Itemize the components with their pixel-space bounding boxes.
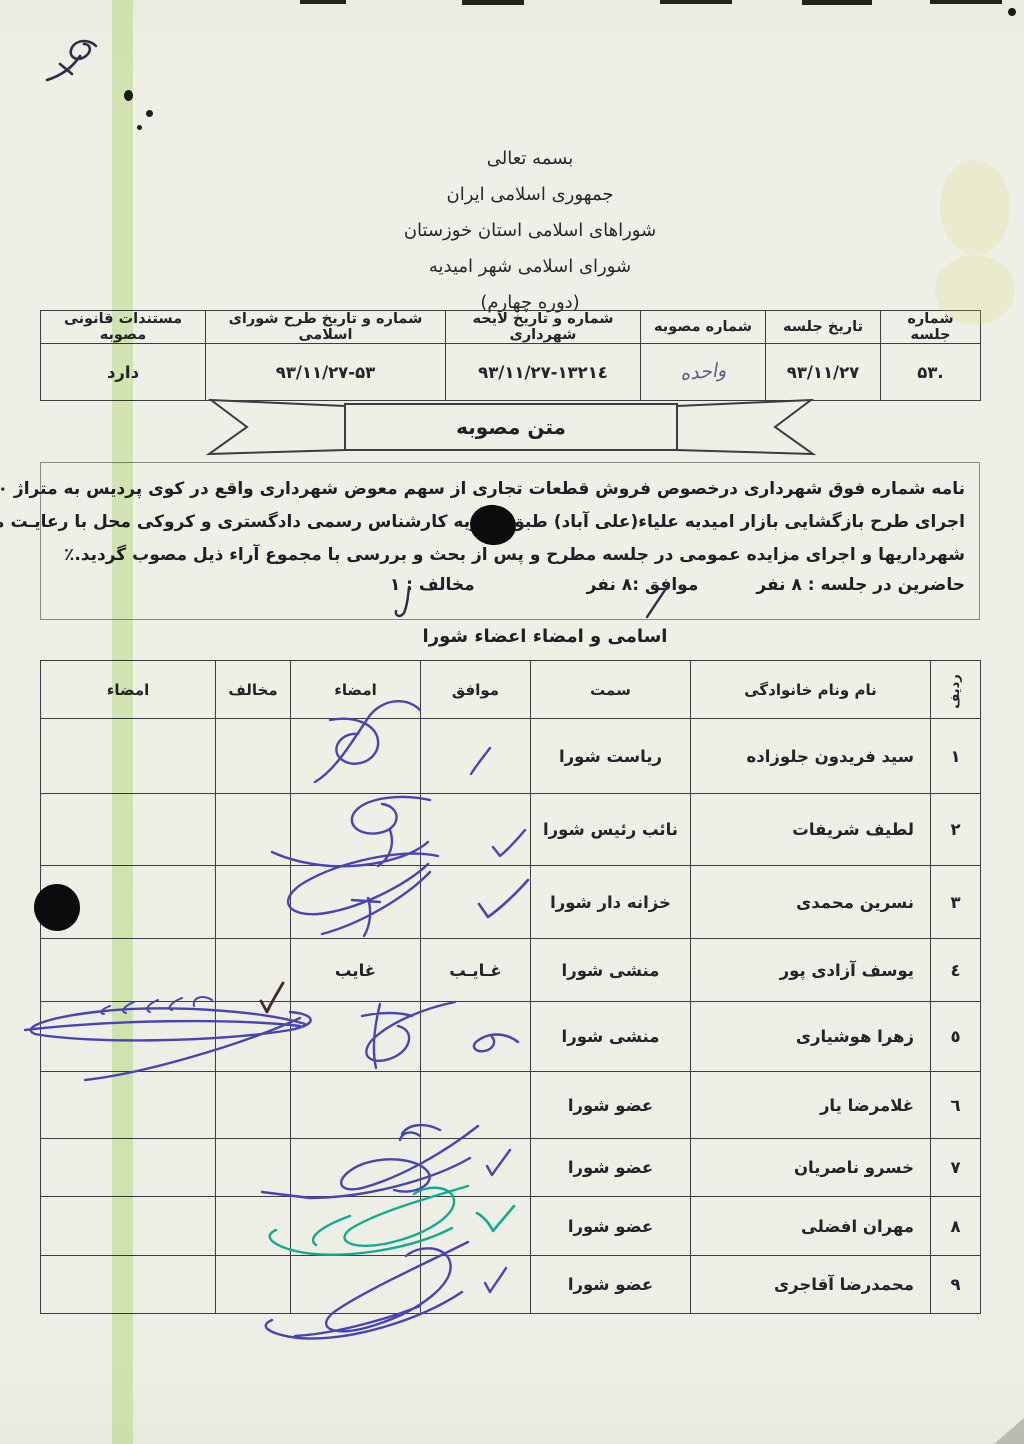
member-role: ریاست شورا (531, 719, 691, 794)
agree-count: موافق :۸ نفر (587, 575, 699, 595)
resolution-no-handwriting: واحده (679, 359, 727, 385)
invocation-line: بسمه تعالی (330, 148, 730, 169)
member-role: منشی شورا (531, 939, 691, 1002)
signature-cell (291, 719, 421, 794)
member-name: محمدرضا آقاجری (691, 1256, 931, 1314)
agree-cell (421, 1072, 531, 1139)
member-no: ۳ (931, 866, 981, 939)
col-row-no: ردیف (931, 661, 981, 719)
banner-title: متن مصوبه (345, 404, 677, 450)
opposed-cell (216, 794, 291, 866)
member-name: غلامرضا یار (691, 1072, 931, 1139)
signature-cell (291, 1072, 421, 1139)
member-row: ٧ خسرو ناصریان عضو شورا (41, 1139, 981, 1197)
scan-speck (1008, 8, 1016, 16)
member-role: عضو شورا (531, 1139, 691, 1197)
col-full-name: نام ونام خانوادگی (691, 661, 931, 719)
signature-cell (291, 1256, 421, 1314)
agree-cell (421, 866, 531, 939)
scan-edge-mark (462, 0, 524, 5)
member-no: ٦ (931, 1072, 981, 1139)
agree-cell-absent: غـایـب (421, 939, 531, 1002)
scan-speck (146, 110, 153, 117)
member-name: سید فریدون جلوزاده (691, 719, 931, 794)
opposed-cell (216, 939, 291, 1002)
member-no: ٧ (931, 1139, 981, 1197)
signature-cell (291, 794, 421, 866)
member-role: عضو شورا (531, 1197, 691, 1256)
scan-edge-mark (660, 0, 732, 4)
member-row: ٤ یوسف آزادی پور منشی شورا غـایـب غایب (41, 939, 981, 1002)
member-row: ٥ زهرا هوشیاری منشی شورا (41, 1002, 981, 1072)
session-no-text: ۵۳. (917, 363, 943, 382)
resolution-line-3: شهرداریها و اجرای مزایده عمومی در جلسه م… (55, 539, 965, 572)
member-name: یوسف آزادی پور (691, 939, 931, 1002)
member-name: لطیف شریفات (691, 794, 931, 866)
scan-corner-shadow (994, 1418, 1024, 1444)
col-council-plan: شماره و تاریخ طرح شورای اسلامی (206, 311, 446, 344)
member-row: ٦ غلامرضا یار عضو شورا (41, 1072, 981, 1139)
scan-edge-mark (300, 0, 346, 4)
col-signature: امضاء (291, 661, 421, 719)
scan-speck (124, 90, 133, 101)
scan-speck (137, 125, 142, 130)
city-council-line: شورای اسلامی شهر امیدیه (330, 256, 730, 277)
member-no: ۱ (931, 719, 981, 794)
resolution-info-table: شماره جلسه تاریخ جلسه شماره مصوبه شماره … (40, 310, 981, 401)
member-role: عضو شورا (531, 1072, 691, 1139)
row-no-label: ردیف (948, 674, 963, 709)
member-no: ٨ (931, 1197, 981, 1256)
members-section-title: اسامی و امضاء اعضاء شورا (345, 626, 745, 647)
members-header-row: ردیف نام ونام خانوادگی سمت موافق امضاء م… (41, 661, 981, 719)
province-council-line: شوراهای اسلامی استان خوزستان (330, 220, 730, 241)
member-name: مهران افضلی (691, 1197, 931, 1256)
oppose-count: مخالف : ۱ (390, 575, 475, 595)
scan-smudge (935, 255, 1015, 325)
opposed-cell (216, 1197, 291, 1256)
resolution-banner: متن مصوبه (205, 398, 817, 458)
member-role: منشی شورا (531, 1002, 691, 1072)
member-no: ٥ (931, 1002, 981, 1072)
signature-cell (291, 1002, 421, 1072)
member-role: نائب رئیس شورا (531, 794, 691, 866)
info-header-row: شماره جلسه تاریخ جلسه شماره مصوبه شماره … (41, 311, 981, 344)
col-position: سمت (531, 661, 691, 719)
member-role: عضو شورا (531, 1256, 691, 1314)
member-role: خزانه دار شورا (531, 866, 691, 939)
opposed-cell (216, 1256, 291, 1314)
scan-edge-mark (802, 0, 872, 5)
agree-cell (421, 1002, 531, 1072)
agree-cell (421, 1139, 531, 1197)
resolution-no-value: واحده (641, 344, 766, 401)
document-header: بسمه تعالی جمهوری اسلامی ایران شوراهای ا… (330, 148, 730, 328)
member-name: زهرا هوشیاری (691, 1002, 931, 1072)
members-signature-table: ردیف نام ونام خانوادگی سمت موافق امضاء م… (40, 660, 981, 1314)
opposed-cell (216, 1072, 291, 1139)
member-row: ٨ مهران افضلی عضو شورا (41, 1197, 981, 1256)
col-agree: موافق (421, 661, 531, 719)
agree-cell (421, 719, 531, 794)
country-line: جمهوری اسلامی ایران (330, 184, 730, 205)
agree-cell (421, 794, 531, 866)
resolution-line-1: نامه شماره فوق شهرداری درخصوص فروش قطعات… (55, 473, 965, 506)
municipality-bill-value: ۹۳/۱۱/۲۷-۱۳۲۱٤ (446, 344, 641, 401)
scanned-document-page: بسمه تعالی جمهوری اسلامی ایران شوراهای ا… (0, 0, 1024, 1444)
member-no: ٩ (931, 1256, 981, 1314)
session-date-text: ۹۳/۱۱/۲۷ (787, 363, 859, 382)
member-no: ۲ (931, 794, 981, 866)
member-name: نسرین محمدی (691, 866, 931, 939)
signature-cell (291, 1197, 421, 1256)
opposed-cell (216, 866, 291, 939)
member-name: خسرو ناصریان (691, 1139, 931, 1197)
opposed-cell (216, 1139, 291, 1197)
signature-cell-absent: غایب (291, 939, 421, 1002)
col-opposed: مخالف (216, 661, 291, 719)
municipality-bill-text: ۹۳/۱۱/۲۷-۱۳۲۱٤ (478, 363, 608, 382)
member-row: ٩ محمدرضا آقاجری عضو شورا (41, 1256, 981, 1314)
vote-stats-row: حاضرین در جلسه : ۸ نفر موافق :۸ نفر مخال… (55, 575, 965, 595)
member-row: ۳ نسرین محمدی خزانه دار شورا (41, 866, 981, 939)
pen-scribble-top-left (47, 41, 96, 80)
scan-edge-mark (930, 0, 1002, 4)
signature-cell (291, 866, 421, 939)
col-resolution-no: شماره مصوبه (641, 311, 766, 344)
col-municipality-bill: شماره و تاریخ لایحه شهرداری (446, 311, 641, 344)
scan-smudge (940, 160, 1010, 255)
session-no-value: ۵۳. (881, 344, 981, 401)
signature-cell (291, 1139, 421, 1197)
attendance-count: حاضرین در جلسه : ۸ نفر (756, 575, 965, 595)
opposed-cell (216, 1002, 291, 1072)
member-no: ٤ (931, 939, 981, 1002)
council-plan-text: ۹۳/۱۱/۲۷-۵۳ (276, 363, 375, 382)
session-date-value: ۹۳/۱۱/۲۷ (766, 344, 881, 401)
resolution-text-box: نامه شماره فوق شهرداری درخصوص فروش قطعات… (40, 462, 980, 620)
agree-cell (421, 1197, 531, 1256)
col-session-date: تاریخ جلسه (766, 311, 881, 344)
member-row: ۱ سید فریدون جلوزاده ریاست شورا (41, 719, 981, 794)
council-plan-value: ۹۳/۱۱/۲۷-۵۳ (206, 344, 446, 401)
agree-cell (421, 1256, 531, 1314)
opposed-cell (216, 719, 291, 794)
highlighter-strip (112, 0, 133, 1444)
member-row: ۲ لطیف شریفات نائب رئیس شورا (41, 794, 981, 866)
info-value-row: ۵۳. ۹۳/۱۱/۲۷ واحده ۹۳/۱۱/۲۷-۱۳۲۱٤ ۹۳/۱۱/… (41, 344, 981, 401)
